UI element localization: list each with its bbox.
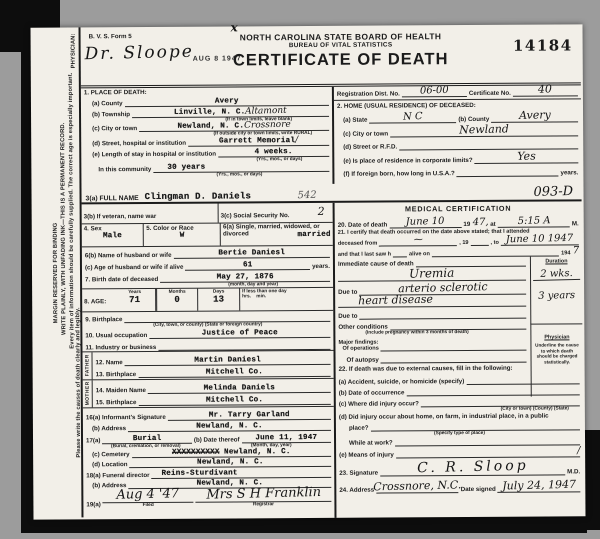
doctor-name-handwriting: Dr. Sloope xyxy=(84,42,194,65)
margin-binding-text: MARGIN RESERVED FOR BINDING xyxy=(53,223,60,324)
sex-value: Male xyxy=(103,232,122,240)
bureau-title: BUREAU OF VITAL STATISTICS xyxy=(191,41,491,50)
place-of-death-section: 1. PLACE OF DEATH: (a) County Avery (b) … xyxy=(81,87,335,186)
duration-box: Duration 2 wks. 3 years xyxy=(530,256,582,324)
city-handwriting: Crossnore xyxy=(244,120,291,131)
township-handwriting: Altamont xyxy=(245,106,287,117)
home-street-label: (d) Street or R.F.D. xyxy=(337,143,397,150)
physician-address-label: 24. Address xyxy=(339,487,374,494)
mother-name-value: Melinda Daniels xyxy=(204,384,275,392)
age-hrs-label: hrs. xyxy=(242,294,251,299)
margin-physician-text: PHYSICIAN: xyxy=(71,33,77,68)
stay-label: (e) Length of stay in hospital or instit… xyxy=(84,151,216,159)
certificate-header: B. V. S. Form 5 Dr. Sloope x AUG 8 1947 … xyxy=(81,24,581,88)
informant-signature-value: Mr. Tarry Garland xyxy=(209,411,290,419)
age-min-label: min. xyxy=(256,294,266,299)
ssn-label: 3(c) Social Security No. xyxy=(221,212,290,219)
spouse-value: Bertie Daniesl xyxy=(218,249,285,257)
age-days-value: 13 xyxy=(213,295,224,305)
filed-caption: Filed xyxy=(103,503,194,509)
filed-date-handwriting: Aug 4 '47 xyxy=(117,486,180,502)
date-signed-label: Date signed xyxy=(461,486,496,493)
full-name-label: 3(a) FULL NAME xyxy=(86,195,139,202)
age-years-value: 71 xyxy=(129,295,140,305)
time-of-death-handwriting: 5:15 A xyxy=(517,215,550,227)
last-seen-year-handwriting: 7 xyxy=(572,245,579,256)
age-months-value: 0 xyxy=(174,295,180,305)
home-residence-section: Registration Dist. No. 06-00 Certificate… xyxy=(334,85,582,184)
name-row-file-number: 093-D xyxy=(534,184,574,200)
certificate-no-label: Certificate No. xyxy=(469,90,511,97)
home-corporate-label: (e) Is place of residence in corporate l… xyxy=(337,157,472,165)
header-titles: NORTH CAROLINA STATE BOARD OF HEALTH BUR… xyxy=(191,31,491,71)
location-value: Newland, N. C. xyxy=(197,458,264,466)
immediate-cause-handwriting: Uremia xyxy=(409,266,455,281)
registration-dist-label: Registration Dist. No. xyxy=(337,90,400,97)
date-signed-handwriting: July 24, 1947 xyxy=(502,478,576,493)
city-label: (c) City or town xyxy=(84,125,137,132)
date-of-death-m: M. xyxy=(572,220,579,227)
filing-number-label: 19(a) xyxy=(86,501,100,508)
street-handwriting: / xyxy=(295,135,298,145)
street-label: (d) Street, hospital or institution xyxy=(84,140,186,148)
physician-address-handwriting: Crossnore, N.C. xyxy=(373,478,461,493)
due1-duration-handwriting: 3 years xyxy=(531,290,582,302)
father-side-tab: FATHER xyxy=(82,352,92,379)
physician-signature-handwriting: C. R. Sloop xyxy=(417,458,529,477)
mother-side-tab: MOTHER xyxy=(83,380,93,407)
serial-number: 14184 xyxy=(513,36,573,54)
physician-note-box: Physician Underline the cause to which d… xyxy=(530,324,582,396)
ssn-handwriting: 2 xyxy=(317,205,324,218)
immediate-duration-handwriting: 2 wks. xyxy=(533,268,580,281)
date-of-death-handwriting: June 10 xyxy=(406,216,445,228)
county-value: Avery xyxy=(215,97,239,105)
certificate-form: B. V. S. Form 5 Dr. Sloope x AUG 8 1947 … xyxy=(79,24,584,517)
full-name-value: Clingman D. Daniels xyxy=(145,191,251,202)
informant-address-value: Newland, N. C. xyxy=(196,422,263,430)
mother-birthplace-value: Mitchell Co. xyxy=(206,396,263,404)
md-suffix: M.D. xyxy=(567,468,580,475)
township-label: (b) Township xyxy=(84,111,130,118)
form-number: B. V. S. Form 5 xyxy=(89,33,132,40)
home-city-value: Newland xyxy=(459,122,509,136)
date-of-death-year-handwriting: 47, xyxy=(472,217,488,228)
cemetery-struck-text: XXXXXXXXXX xyxy=(172,449,220,457)
registrar-handwriting: Mrs S H Franklin xyxy=(206,485,321,503)
race-value: W xyxy=(180,232,185,240)
date-of-death-year-printed: 19 xyxy=(463,221,470,228)
street-value: Garrett Memorial xyxy=(219,137,295,145)
date-of-death-at: at xyxy=(490,221,496,228)
father-name-value: Martin Daniesl xyxy=(194,356,261,364)
father-birthplace-label: 13. Birthplace xyxy=(96,371,137,378)
father-birthplace-value: Mitchell Co. xyxy=(206,368,263,376)
age-label: 8. AGE: xyxy=(84,298,106,305)
city-value: Newland, N. C. xyxy=(177,122,244,130)
certificate-no-value: 40 xyxy=(538,82,552,95)
marital-value: married xyxy=(297,230,330,238)
name-row-pencil-number: 542 xyxy=(297,190,316,201)
cemetery-value: Newland, N. C. xyxy=(224,448,291,456)
attended-to-handwriting: June 10 1947 xyxy=(506,233,574,246)
home-county-value: Avery xyxy=(519,108,551,122)
funeral-director-value: Reins-Sturdivant xyxy=(161,469,237,477)
death-certificate-document: MARGIN RESERVED FOR BINDING WRITE PLAINL… xyxy=(31,24,586,519)
veteran-label: 3(b) If veteran, name war xyxy=(84,213,157,220)
personal-data-column: 3(b) If veteran, name war 3(c) Social Se… xyxy=(82,203,337,520)
occupation-value: Justice of Peace xyxy=(202,329,278,337)
community-label: In this community xyxy=(84,166,151,173)
certify-scribble: ⁓ xyxy=(414,235,423,245)
margin-write-plainly-text: WRITE PLAINLY, WITH UNFADING INK—THIS IS… xyxy=(60,122,67,335)
home-foreign-suffix: years. xyxy=(560,169,578,176)
home-city-label: (c) City or town xyxy=(337,131,388,138)
duration-header: Duration xyxy=(531,258,582,264)
page-title: CERTIFICATE OF DEATH xyxy=(191,50,491,71)
community-value: 30 years xyxy=(167,164,205,172)
home-foreign-blank xyxy=(457,175,559,177)
birthdate-value: May 27, 1876 xyxy=(217,273,274,281)
township-value: Linville, N. C. xyxy=(174,108,245,116)
home-state-value: N C xyxy=(403,111,423,122)
registrar-caption: Registrar xyxy=(195,502,331,508)
home-state-label: (a) State xyxy=(337,117,367,124)
due-to-1-handwriting-line2: heart disease xyxy=(358,293,433,308)
means-of-injury-handwriting: / xyxy=(577,445,581,456)
home-foreign-label: (f) If foreign born, how long in U.S.A.? xyxy=(337,170,454,178)
county-label: (a) County xyxy=(84,100,123,107)
mother-birthplace-label: 15. Birthplace xyxy=(96,399,137,406)
registration-dist-value: 06-00 xyxy=(420,85,449,97)
stay-value: 4 weeks. xyxy=(255,148,293,156)
home-corporate-value: Yes xyxy=(517,149,536,162)
spouse-age-value: 61 xyxy=(243,261,253,269)
physician-note-text: Underline the cause to which death shoul… xyxy=(531,340,582,365)
medical-certification-column: MEDICAL CERTIFICATION 20. Date of death … xyxy=(335,201,584,518)
